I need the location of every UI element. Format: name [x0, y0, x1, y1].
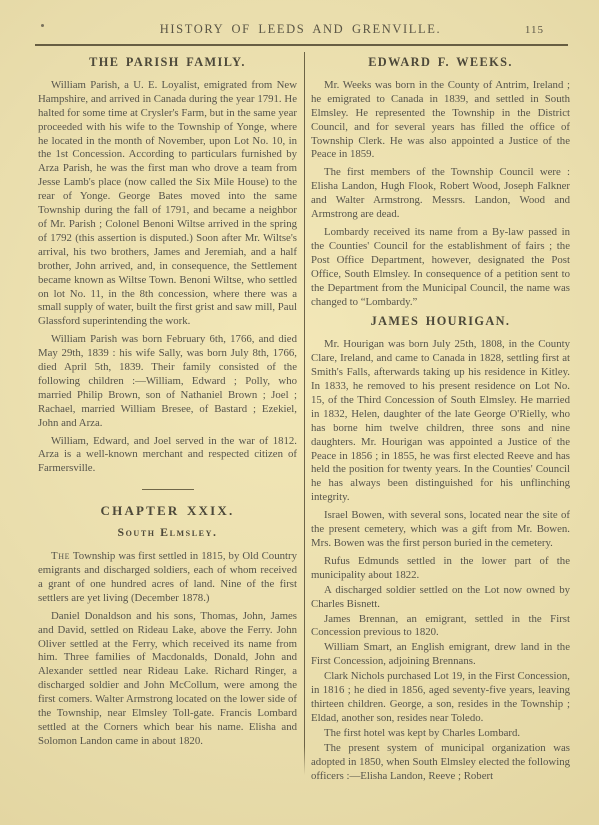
chapter-subheading: South Elmsley. — [38, 526, 297, 540]
running-head: HISTORY OF LEEDS AND GRENVILLE. 115 — [35, 22, 566, 40]
right-column: EDWARD F. WEEKS. Mr. Weeks was born in t… — [311, 50, 570, 795]
section-heading-james-hourigan: JAMES HOURIGAN. — [311, 315, 570, 329]
paragraph-text: Township was first settled in 1815, by O… — [38, 550, 297, 604]
paragraph: Mr. Weeks was born in the County of Antr… — [311, 79, 570, 162]
book-page: HISTORY OF LEEDS AND GRENVILLE. 115 THE … — [0, 0, 599, 825]
paragraph: Lombardy received its name from a By-law… — [311, 226, 570, 309]
paragraph: The present system of municipal organiza… — [311, 742, 570, 784]
chapter-heading: CHAPTER XXIX. — [38, 504, 297, 518]
text-columns: THE PARISH FAMILY. William Parish, a U. … — [38, 50, 570, 795]
paragraph: William Parish was born February 6th, 17… — [38, 333, 297, 430]
paragraph: Daniel Donaldson and his sons, Thomas, J… — [38, 610, 297, 749]
paragraph: William Parish, a U. E. Loyalist, emigra… — [38, 79, 297, 329]
paragraph: Israel Bowen, with several sons, located… — [311, 509, 570, 551]
section-heading-edward-weeks: EDWARD F. WEEKS. — [311, 56, 570, 70]
paragraph: The first hotel was kept by Charles Lomb… — [311, 727, 570, 741]
header-rule — [35, 44, 568, 46]
paragraph: Rufus Edmunds settled in the lower part … — [311, 555, 570, 583]
section-divider-rule — [142, 489, 194, 490]
paragraph: Clark Nichols purchased Lot 19, in the F… — [311, 670, 570, 726]
paragraph: The Township was first settled in 1815, … — [38, 550, 297, 606]
running-title: HISTORY OF LEEDS AND GRENVILLE. — [35, 22, 566, 37]
section-heading-parish-family: THE PARISH FAMILY. — [38, 56, 297, 70]
paragraph: A discharged soldier settled on the Lot … — [311, 584, 570, 612]
page-number: 115 — [525, 24, 544, 36]
paragraph: Mr. Hourigan was born July 25th, 1808, i… — [311, 338, 570, 505]
paragraph: The first members of the Township Counci… — [311, 166, 570, 222]
column-divider-rule — [304, 52, 305, 775]
paragraph: William, Edward, and Joel served in the … — [38, 435, 297, 477]
paragraph: James Brennan, an emigrant, settled in t… — [311, 613, 570, 641]
left-column: THE PARISH FAMILY. William Parish, a U. … — [38, 50, 297, 795]
paragraph: William Smart, an English emigrant, drew… — [311, 641, 570, 669]
lead-word: The — [51, 550, 70, 562]
